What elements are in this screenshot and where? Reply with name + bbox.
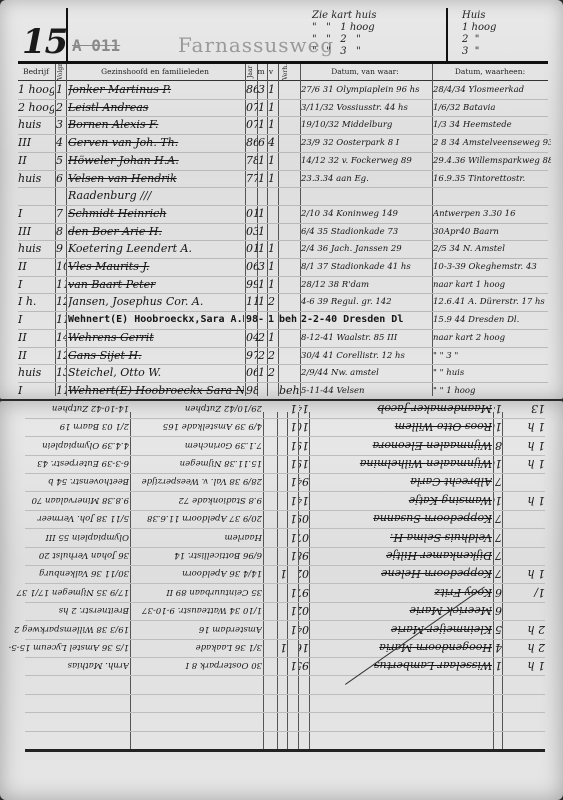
cell-nr: 7 — [494, 566, 502, 580]
cell-jaar: 04 — [246, 331, 258, 345]
cell-van-waar: 30/4 41 Corellistr. 12 hs — [301, 349, 431, 363]
cell-jaar: 94 — [299, 474, 309, 488]
cell-waarheen: 4.4.39 Olympiaplein — [9, 438, 129, 452]
cell-m: 3 — [258, 83, 267, 97]
cell-nr: 6 — [494, 603, 502, 617]
cell-name: Kleinmeijer Marie — [312, 622, 492, 636]
cell-name: Höweler Johan H.A. — [68, 154, 244, 168]
cell-waarheen: 28/4/34 Ylosmeerkad — [433, 83, 551, 97]
reverse-register-row: 7Albrecht Carla94128/9 38 Val. v. Weespe… — [0, 470, 563, 490]
cell-nr: 10 — [56, 260, 66, 274]
cell-jaar: 03 — [246, 225, 258, 239]
cell-v: 1 — [268, 278, 277, 292]
cell-m: 1 — [288, 401, 297, 415]
cell-waarheen: 30Apr40 Baarn — [433, 225, 551, 239]
cell-m: - — [258, 313, 267, 327]
cell-van-waar: 4/9 39 Amstelkade 165 — [132, 419, 262, 433]
cell-van-waar: 2/4 36 Jach. Janssen 29 — [301, 242, 431, 256]
cell-van-waar: 35 Ceintuurbaan 89 II — [132, 585, 262, 599]
cell-bedrijf: III — [18, 225, 54, 239]
card-header: 15 A 011 Farnassusweg Zie kart huis " " … — [0, 0, 563, 62]
cell-m: 1 — [288, 474, 297, 488]
cell-v: 1 — [268, 260, 277, 274]
cell-waarheen: 6-3-39 Euterpestr. 43 — [9, 456, 129, 470]
cell-m: 1 — [258, 366, 267, 380]
cell-nr: 12 — [56, 295, 66, 309]
cell-nr: 7 — [56, 207, 66, 221]
cell-jaar: 07 — [246, 101, 258, 115]
cell-name: Gerven van Joh. Th. — [68, 136, 244, 150]
cell-name: Wehnert(E) Hoobroeckx,Sara A.N. — [68, 313, 244, 327]
inverted-card-content: 1 h1Wisselaar Lambertus95130 Oosterpark … — [0, 401, 563, 800]
cell-m: 1 — [258, 101, 267, 115]
cell-nr: 2 — [56, 101, 66, 115]
cell-nr: 10 — [494, 419, 502, 433]
cell-m: 2 — [258, 331, 267, 345]
cell-bedrijf: I — [18, 313, 54, 327]
cell-van-waar: 6/4 35 Stadionkade 73 — [301, 225, 431, 239]
cell-waarheen: Olympiaplein 55 III — [9, 530, 129, 544]
header-rule — [25, 749, 545, 752]
cell-jaar: 06 — [246, 366, 258, 380]
cell-name: Wisselaar Lambertus — [312, 658, 492, 672]
cell-van-waar: 20/9 37 Apeldoorn 11.6.38 — [132, 511, 262, 525]
cell-waarheen: 2 8 34 Amstelveenseweg 933 b — [433, 136, 551, 150]
cell-waarheen: 19/3 38 Willemsparkweg 2 — [9, 622, 129, 636]
cell-name: Roos Otto Willem — [312, 419, 492, 433]
cell-v: 1 — [268, 242, 277, 256]
reverse-register-row: 1 h1Wisselaar Lambertus95130 Oosterpark … — [0, 654, 563, 674]
cell-bedrijf: 1 h — [505, 493, 545, 507]
cell-jaar: 98 — [246, 313, 258, 327]
cell-jaar: 99 — [246, 278, 258, 292]
cell-bedrijf: II — [18, 154, 54, 168]
reverse-register-row: 2 h4Hoogendoorn Maria1613/1 36 Laakade1/… — [0, 636, 563, 656]
cell-name: Koppedoorn Susanna — [312, 511, 492, 525]
cell-name: Wamsing Katje — [312, 493, 492, 507]
reverse-register-row: 1 h8Wijnmaalen Eleonora1917.1.39 Gorinch… — [0, 434, 563, 454]
cell-m: 1 — [258, 207, 267, 221]
cell-van-waar: 14/4 36 Apeldoorn — [132, 566, 262, 580]
cell-jaar: 04 — [299, 622, 309, 636]
cell-van-waar: 30 Oosterpark 8 I — [132, 658, 262, 672]
cell-m: 3 — [258, 260, 267, 274]
cell-v: 1 — [268, 331, 277, 345]
cell-name: den Boer Arie H. — [68, 225, 244, 239]
cell-waarheen: Breitnerstr. 2 hs — [9, 603, 129, 617]
column-header-verh: Verh. — [281, 64, 289, 80]
cell-nr: 7 — [494, 511, 502, 525]
cell-waarheen: Beethovenstr. 54 b — [9, 474, 129, 488]
cell-m: 1 — [288, 585, 297, 599]
cell-m: 1 — [288, 456, 297, 470]
cell-bedrijf: huis — [18, 172, 54, 186]
reverse-register-row: 1 h7Koppedoorn Helene02114/4 36 Apeldoor… — [0, 562, 563, 582]
old-code: A 011 — [72, 36, 120, 55]
cell-bedrijf: III — [18, 136, 54, 150]
cell-nr: 11 — [56, 384, 66, 398]
cell-nr: 7 — [494, 530, 502, 544]
cell-van-waar: 29/10/42 Zutphen — [132, 401, 262, 415]
row-rule — [25, 712, 545, 713]
cell-bedrijf: 1 h — [505, 566, 545, 580]
cell-m: 1 — [258, 172, 267, 186]
column-header-van-waar: Datum, van waar: — [300, 64, 430, 80]
cell-van-waar: 27/6 31 Olympiaplein 96 hs — [301, 83, 431, 97]
cell-jaar: 07 — [299, 530, 309, 544]
cell-name: Leistl Andreas — [68, 101, 244, 115]
cell-jaar: 78 — [246, 154, 258, 168]
cell-nr: 10 — [494, 456, 502, 470]
cell-van-waar: 14/12 32 v. Fockerweg 89 — [301, 154, 431, 168]
cell-m: 1 — [258, 225, 267, 239]
column-header-waarheen: Datum, waarheen: — [432, 64, 548, 80]
cell-name: Veldhuis Selma H. — [312, 530, 492, 544]
street-name: Farnassusweg — [178, 33, 334, 57]
cell-name: Koetering Leendert A. — [68, 242, 244, 256]
cell-jaar: 14 — [299, 493, 309, 507]
cell-nr: 14 — [494, 401, 502, 415]
cell-bedrijf: 1 h — [505, 456, 545, 470]
cell-m: 1 — [258, 242, 267, 256]
cell-nr: 7 — [494, 474, 502, 488]
column-header-bedrijf: Bedrijf — [18, 64, 54, 80]
cell-nr: 5 — [56, 154, 66, 168]
cell-jaar: 19 — [299, 438, 309, 452]
cell-waarheen: naar kart 2 hoog — [433, 331, 551, 345]
cell-name: Maandemaker Jacob — [312, 401, 492, 415]
cell-waarheen: 12.6.41 A. Dürerstr. 17 hs — [433, 295, 551, 309]
cell-jaar: 07 — [246, 118, 258, 132]
house-number: 15 — [22, 22, 67, 62]
cell-m: 1 — [288, 419, 297, 433]
cell-name: Velsen van Hendrik — [68, 172, 244, 186]
reverse-register-row: 1 h10Roos Otto Willem1014/9 39 Amstelkad… — [0, 415, 563, 435]
cell-bedrijf: 2 h — [505, 622, 545, 636]
cell-bedrijf: 2 h — [505, 640, 545, 654]
cell-m: 1 — [288, 493, 297, 507]
floor-notes-left: Zie kart huis " " 1 hoog " " 2 " " " 3 " — [312, 10, 376, 58]
cell-nr: 4 — [494, 640, 502, 654]
reverse-register-row: 7Veldhuis Selma H.071HaarlemOlympiaplein… — [0, 526, 563, 546]
cell-bedrijf: huis — [18, 118, 54, 132]
cell-waarheen: 17/9 35 Nijmegen 17/1 37 — [9, 585, 129, 599]
cell-nr: 14 — [56, 331, 66, 345]
cell-waarheen: 30/11 36 Valkenburg — [9, 566, 129, 580]
registration-card-front: 15 A 011 Farnassusweg Zie kart huis " " … — [0, 0, 563, 399]
reverse-register-row: 2 h5Kleinmeijer Marie041Amsterdam 1619/3… — [0, 618, 563, 638]
cell-waarheen: " " huis — [433, 366, 551, 380]
cell-m: 1 — [288, 622, 297, 636]
registration-card-back: 1 h1Wisselaar Lambertus95130 Oosterpark … — [0, 401, 563, 800]
reverse-register-row: 7Dijkenkamer Hiltje9816/96 Botticellistr… — [0, 544, 563, 564]
cell-bedrijf: I — [18, 384, 54, 398]
column-header-volgnr: Volgn. — [56, 64, 64, 80]
cell-jaar: 02 — [299, 603, 309, 617]
cell-nr: 1 — [56, 83, 66, 97]
cell-jaar: 97 — [246, 349, 258, 363]
cell-m: 2 — [258, 349, 267, 363]
row-rule — [25, 694, 545, 695]
cell-van-waar: 28/9 38 Val. v. Weesperzijde — [132, 474, 262, 488]
cell-v: 2 — [268, 295, 277, 309]
cell-waarheen: 16.9.35 Tintorettostr. — [433, 172, 551, 186]
cell-waarheen: 15.9 44 Dresden Dl. — [433, 313, 551, 327]
cell-van-waar: 15.11.38 Nijmegen — [132, 456, 262, 470]
cell-bedrijf: 1 h — [505, 438, 545, 452]
cell-waarheen: " " 1 hoog — [433, 384, 551, 398]
cell-waarheen: 10-3-39 Okeghemstr. 43 — [433, 260, 551, 274]
cell-name: Wehrens Gerrit — [68, 331, 244, 345]
floor-notes-right: Huis 1 hoog 2 " 3 " — [462, 10, 496, 58]
cell-waarheen: 1/3 34 Heemstede — [433, 118, 551, 132]
cell-m: 1 — [288, 548, 297, 562]
cell-bedrijf: huis — [18, 366, 54, 380]
cell-bedrijf: 1 h — [505, 419, 545, 433]
column-header-jaar: Jaar — [246, 64, 254, 80]
cell-name: Jansen, Josephus Cor. A. — [68, 295, 244, 309]
cell-name: Raadenburg /// — [68, 189, 244, 203]
cell-bedrijf: I — [18, 278, 54, 292]
cell-name: Vles Maurits J. — [68, 260, 244, 274]
cell-van-waar: 2/9/44 Nw. amstel — [301, 366, 431, 380]
cell-name: Wehnert(E) Hoobroeckx Sara N. — [68, 384, 244, 398]
cell-waarheen: 2/5 34 N. Amstel — [433, 242, 551, 256]
cell-name: van Baart Peter — [68, 278, 244, 292]
cell-nr: 3 — [56, 118, 66, 132]
cell-van-waar: 7.1.39 Gorinchem — [132, 438, 262, 452]
cell-nr: 10 — [494, 493, 502, 507]
cell-bedrijf: I — [18, 207, 54, 221]
cell-m: 1 — [258, 118, 267, 132]
cell-name: Steichel, Otto W. — [68, 366, 244, 380]
cell-v: 1 — [268, 83, 277, 97]
cell-name: Kooy Fritz — [312, 585, 492, 599]
cell-jaar: 01 — [246, 207, 258, 221]
cell-name: Albrecht Carla — [312, 474, 492, 488]
cell-name: Wijnmaalen Wilhelmina — [312, 456, 492, 470]
cell-m: 1 — [288, 530, 297, 544]
cell-van-waar: 28/12 38 R'dam — [301, 278, 431, 292]
cell-jaar: 98 — [299, 548, 309, 562]
cell-jaar: 86 — [246, 83, 258, 97]
cell-v: 1 — [268, 172, 277, 186]
cell-waarheen: " " 3 " — [433, 349, 551, 363]
cell-van-waar: 23/9 32 Oosterpark 8 I — [301, 136, 431, 150]
cell-waarheen: 2/1 03 Baarn 19 — [9, 419, 129, 433]
cell-verh: beh. zr — [279, 384, 299, 398]
cell-waarheen: Arnh. Mathias — [9, 658, 129, 672]
cell-m: 1 — [258, 295, 267, 309]
cell-m: 1 — [288, 658, 297, 672]
cell-m: 1 — [288, 438, 297, 452]
cell-jaar: 97 — [299, 585, 309, 599]
cell-name: Gans Sijet H. — [68, 349, 244, 363]
cell-van-waar: Amsterdam 16 — [132, 622, 262, 636]
cell-nr: 12 — [56, 349, 66, 363]
cell-waarheen: Antwerpen 3.30 16 — [433, 207, 551, 221]
cell-v: 1 — [278, 640, 287, 654]
cell-v: 1 — [278, 566, 287, 580]
cell-name: Wijnmaalen Eleonora — [312, 438, 492, 452]
cell-m: 1 — [288, 603, 297, 617]
cell-jaar: 11 — [246, 295, 258, 309]
cell-bedrijf: 1 h — [505, 658, 545, 672]
cell-van-waar: 9.8 Stadionkade 72 — [132, 493, 262, 507]
cell-nr: 6 — [56, 172, 66, 186]
reverse-register-row: 1 h10Wamsing Katje1419.8 Stadionkade 729… — [0, 489, 563, 509]
cell-bedrijf: huis — [18, 242, 54, 256]
cell-jaar: 01 — [246, 242, 258, 256]
cell-van-waar: 19/10/32 Middelburg — [301, 118, 431, 132]
row-rule — [25, 675, 545, 676]
header-divider — [66, 8, 68, 62]
cell-name: Hoogendoorn Maria — [312, 640, 492, 654]
cell-nr: 9 — [56, 242, 66, 256]
cell-verh: beh zr — [279, 313, 299, 327]
cell-bedrijf: 1/ — [505, 585, 545, 599]
cell-jaar: 16 — [299, 640, 309, 654]
reverse-register-row: 7Koppedoorn Susanna09120/9 37 Apeldoorn … — [0, 507, 563, 527]
reverse-register-row: 1 h10Wijnmaalen Wilhelmina19115.11.38 Ni… — [0, 452, 563, 472]
cell-van-waar: 2/10 34 Koninweg 149 — [301, 207, 431, 221]
cell-jaar: 95 — [299, 658, 309, 672]
cell-name: Schmidt Heinrich — [68, 207, 244, 221]
cell-bedrijf: 2 hoog — [18, 101, 54, 115]
cell-waarheen: 36 Johan Verhulst 20 — [9, 548, 129, 562]
cell-bedrijf: II — [18, 349, 54, 363]
cell-van-waar: 3/1 36 Laakade — [132, 640, 262, 654]
cell-v: 1 — [268, 101, 277, 115]
cell-waarheen: naar kart 1 hoog — [433, 278, 551, 292]
cell-jaar: 14 — [299, 401, 309, 415]
cell-v: 4 — [268, 136, 277, 150]
reverse-register-row: 1314Maandemaker Jacob14129/10/42 Zutphen… — [0, 401, 563, 417]
cell-m: 1 — [258, 154, 267, 168]
cell-nr: 13 — [56, 366, 66, 380]
cell-waarheen: 29.4.36 Willemsparkweg 88 — [433, 154, 551, 168]
cell-jaar: 10 — [299, 419, 309, 433]
cell-bedrijf: I h. — [18, 295, 54, 309]
cell-m: 1 — [258, 278, 267, 292]
cell-nr: 7 — [494, 548, 502, 562]
cell-name: Bornen Alexis F. — [68, 118, 244, 132]
cell-nr: 8 — [494, 438, 502, 452]
cell-jaar: 02 — [299, 566, 309, 580]
cell-name: Meerick Marie — [312, 603, 492, 617]
cell-nr: 1 — [494, 658, 502, 672]
cell-m: 6 — [258, 136, 267, 150]
cell-v: 1 — [268, 313, 277, 327]
cell-waarheen: 1/5 36 Amstel Lyceum 15-5-39 — [9, 640, 129, 654]
cell-jaar: 09 — [299, 511, 309, 525]
cell-jaar: 06 — [246, 260, 258, 274]
cell-waarheen: 9.8.38 Minervalaan 70 — [9, 493, 129, 507]
cell-nr: 6 — [494, 585, 502, 599]
cell-m: 1 — [288, 511, 297, 525]
cell-v: 1 — [268, 154, 277, 168]
cell-van-waar: 3/11/32 Vossiusstr. 44 hs — [301, 101, 431, 115]
cell-jaar: 86 — [246, 136, 258, 150]
cell-name: Koppedoorn Helene — [312, 566, 492, 580]
cell-v: 2 — [268, 366, 277, 380]
cell-van-waar: 8/1 37 Stadionkade 41 hs — [301, 260, 431, 274]
cell-waarheen: 5/11 38 Joh. Vermeer — [9, 511, 129, 525]
cell-name: Jonker Martinus P. — [68, 83, 244, 97]
cell-jaar: 77 — [246, 172, 258, 186]
header-divider-right — [446, 8, 448, 62]
register-row: I11Wehnert(E) Hoobroeckx Sara N.98beh. z… — [0, 382, 563, 399]
cell-bedrijf: II — [18, 331, 54, 345]
cell-nr: 8 — [56, 225, 66, 239]
reverse-register-row: 6Meerick Marie0211/10 34 Watteaustr. 9-1… — [0, 599, 563, 619]
cell-bedrijf: II — [18, 260, 54, 274]
cell-waarheen: 14-10-42 Zutphen — [9, 401, 129, 415]
cell-bedrijf: 13 — [505, 401, 545, 415]
cell-jaar: 98 — [246, 384, 258, 398]
cell-v: 2 — [268, 349, 277, 363]
cell-nr: 11 — [56, 313, 66, 327]
cell-van-waar: Haarlem — [132, 530, 262, 544]
row-rule — [25, 731, 545, 732]
cell-van-waar: 6/96 Botticellistr. 14 — [132, 548, 262, 562]
cell-van-waar: 2-2-40 Dresden Dl — [301, 313, 431, 327]
cell-van-waar: 8-12-41 Waalstr. 85 III — [301, 331, 431, 345]
cell-waarheen: 1/6/32 Batavia — [433, 101, 551, 115]
cell-van-waar: 23.3.34 aan Eg. — [301, 172, 431, 186]
cell-bedrijf: 1 hoog — [18, 83, 54, 97]
column-header-gezinshoofd: Gezinshoofd en familieleden — [66, 64, 244, 80]
cell-nr: 11 — [56, 278, 66, 292]
cell-van-waar: 5-11-44 Velsen — [301, 384, 431, 398]
cell-name: Dijkenkamer Hiltje — [312, 548, 492, 562]
cell-nr: 4 — [56, 136, 66, 150]
cell-nr: 5 — [494, 622, 502, 636]
cell-van-waar: 1/10 34 Watteaustr. 9-10-37 — [132, 603, 262, 617]
cell-v: 1 — [268, 118, 277, 132]
cell-van-waar: 4-6 39 Regul. gr. 142 — [301, 295, 431, 309]
cell-jaar: 19 — [299, 456, 309, 470]
